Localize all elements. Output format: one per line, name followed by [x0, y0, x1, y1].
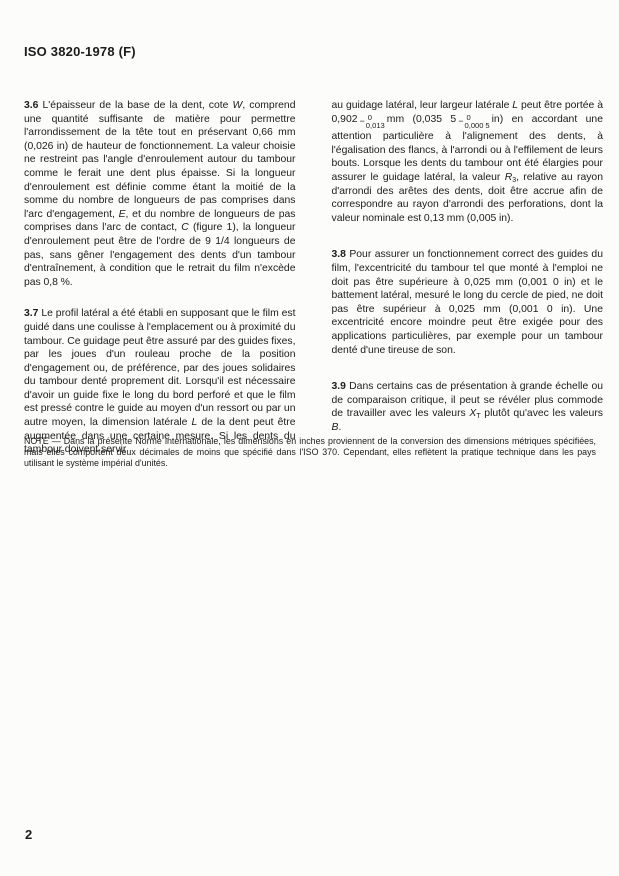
page-number: 2	[25, 827, 32, 842]
tolerance-stack: −00,013	[360, 114, 385, 130]
right-column: au guidage latéral, leur largeur latéral…	[332, 99, 604, 457]
footnote-note: NOTE — Dans la présente Norme internatio…	[24, 436, 596, 470]
paragraph-3-6: 3.6 L'épaisseur de la base de la dent, c…	[24, 99, 296, 289]
left-column: 3.6 L'épaisseur de la base de la dent, c…	[24, 99, 296, 457]
paragraph-3-8: 3.8 Pour assurer un fonctionnement corre…	[332, 248, 604, 357]
document-header: ISO 3820-1978 (F)	[24, 44, 136, 59]
tolerance-stack: −00,000 5	[458, 114, 489, 130]
paragraph-3-7: 3.7 Le profil latéral a été établi en su…	[24, 307, 296, 457]
document-page: ISO 3820-1978 (F) 3.6 L'épaisseur de la …	[0, 0, 619, 876]
two-column-layout: 3.6 L'épaisseur de la base de la dent, c…	[24, 99, 603, 457]
paragraph-3-7-continued: au guidage latéral, leur largeur latéral…	[332, 99, 604, 225]
paragraph-3-9: 3.9 Dans certains cas de présentation à …	[332, 380, 604, 434]
